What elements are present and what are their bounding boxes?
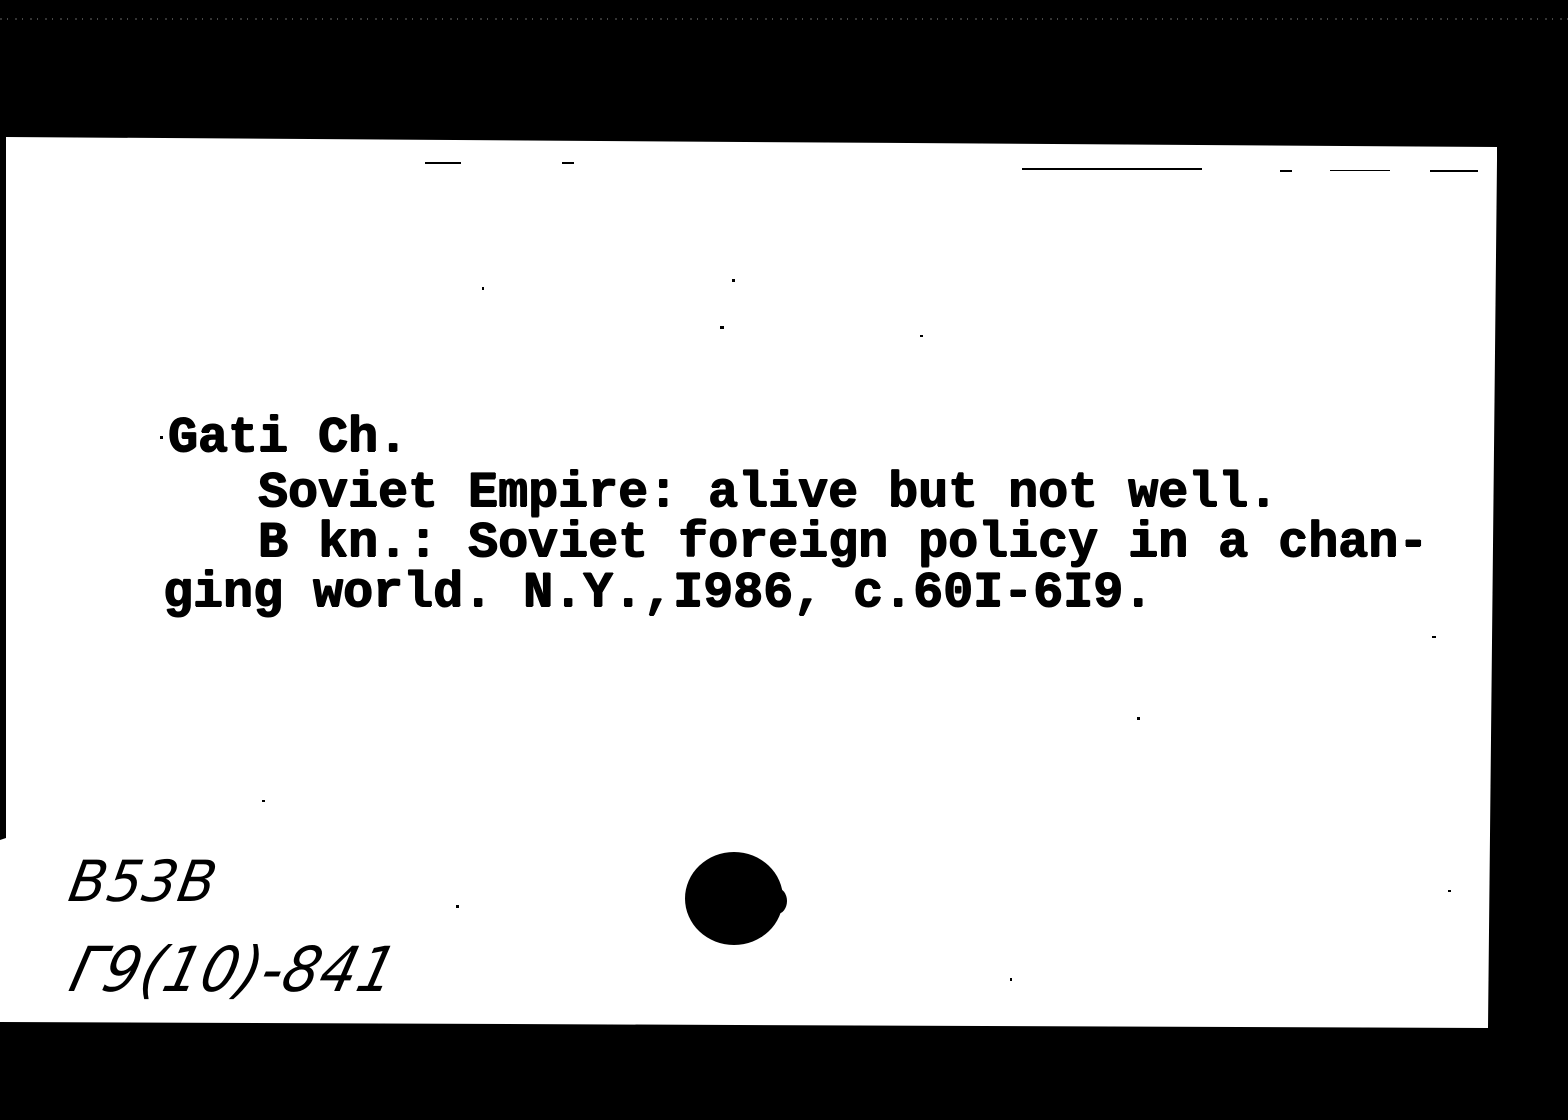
dust-speck (1010, 978, 1012, 981)
card-author: Gati Ch. (168, 414, 408, 464)
top-rule-fragment (562, 162, 574, 164)
shelfmark-line-1: В53В (64, 851, 222, 914)
scan-edge-noise (0, 18, 1568, 20)
dust-speck (720, 326, 724, 329)
dust-speck (456, 905, 459, 908)
top-rule-fragment (425, 162, 461, 164)
dust-speck (1448, 890, 1451, 892)
card-source-line-2: ging world. N.Y.,I986, c.60I-6I9. (163, 569, 1153, 619)
dust-speck (1137, 717, 1140, 720)
top-rule-fragment (1280, 170, 1292, 172)
dust-speck (482, 287, 484, 290)
card-title: Soviet Empire: alive but not well. (258, 469, 1278, 519)
shelfmark-line-2: Г9(10)-841 (63, 935, 404, 1005)
card-punch-hole (685, 852, 783, 945)
dust-speck (732, 279, 735, 282)
top-rule-fragment (1330, 170, 1390, 171)
dust-speck (160, 436, 163, 439)
card-source-line-1: B kn.: Soviet foreign policy in a chan- (258, 519, 1428, 569)
top-rule-fragment (1022, 168, 1202, 170)
dust-speck (1432, 636, 1436, 638)
top-rule-fragment (1430, 170, 1478, 172)
dust-speck (920, 335, 923, 337)
dust-speck (262, 800, 265, 802)
catalog-card: Gati Ch. Soviet Empire: alive but not we… (0, 0, 1568, 1120)
